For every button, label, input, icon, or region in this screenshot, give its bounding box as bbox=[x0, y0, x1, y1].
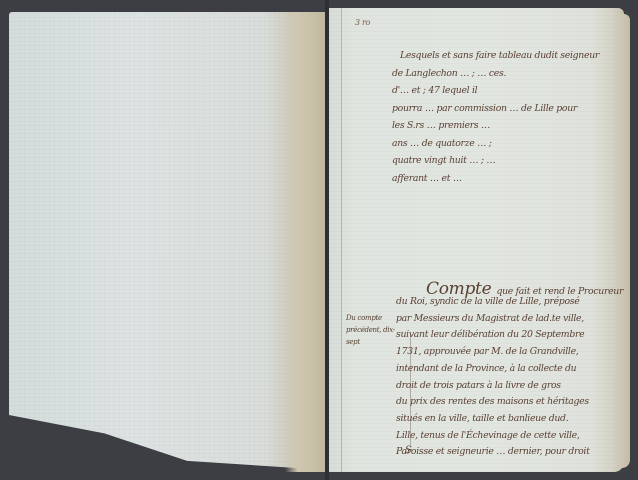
paragraph-1-line: ans … de quatorze … ; bbox=[392, 135, 599, 153]
paragraph-2-line: du Roi, syndic de la ville de Lille, pré… bbox=[396, 294, 590, 311]
paragraph-2-line: intendant de la Province, à la collecte … bbox=[396, 361, 590, 378]
folio-number: 3 ro bbox=[355, 18, 370, 27]
paragraph-2: du Roi, syndic de la ville de Lille, pré… bbox=[396, 294, 590, 461]
bottom-flourish: S bbox=[405, 445, 412, 456]
paragraph-1-line: afferant … et … bbox=[392, 170, 599, 188]
manuscript-scan: 3 ro Lesquels et sans faire tableau dudi… bbox=[0, 0, 638, 480]
paragraph-2-line: Paroisse et seigneurie … dernier, pour d… bbox=[396, 444, 590, 461]
margin-note-line: sept bbox=[346, 336, 395, 348]
paragraph-2-line: par Messieurs du Magistrat de lad.te vil… bbox=[396, 311, 590, 328]
paragraph-2-line: suivant leur délibération du 20 Septembr… bbox=[396, 327, 590, 344]
paragraph-1-line: de Langlechon … ; … ces. bbox=[392, 65, 599, 83]
paragraph-2-line: 1731, approuvée par M. de la Grandville, bbox=[396, 344, 590, 361]
margin-rule bbox=[341, 8, 342, 472]
paragraph-2-line: droit de trois patars à la livre de gros bbox=[396, 378, 590, 395]
paragraph-1-line: pourra … par commission … de Lille pour bbox=[392, 100, 599, 118]
margin-note-line: Du compte bbox=[346, 312, 395, 324]
paragraph-1-line: Lesquels et sans faire tableau dudit sei… bbox=[400, 47, 599, 65]
paragraph-2-line: situés en la ville, taille et banlieue d… bbox=[396, 411, 590, 428]
paragraph-2-line: du prix des rentes des maisons et hérita… bbox=[396, 394, 590, 411]
paragraph-1-line: d'… et ; 47 lequel il bbox=[392, 82, 599, 100]
paragraph-1-line: quatre vingt huit … ; … bbox=[392, 152, 599, 170]
paragraph-1: Lesquels et sans faire tableau dudit sei… bbox=[400, 47, 599, 187]
paragraph-1-line: les S.rs … premiers … bbox=[392, 117, 599, 135]
paragraph-2-line: Lille, tenus de l'Échevinage de cette vi… bbox=[396, 428, 590, 445]
left-page-blank bbox=[9, 12, 327, 470]
page-edge-stack bbox=[618, 14, 630, 468]
margin-note: Du compte précédent, dix- sept bbox=[346, 312, 395, 348]
left-page-gutter-fold bbox=[285, 12, 327, 472]
margin-note-line: précédent, dix- bbox=[346, 324, 395, 336]
margin-bracket bbox=[410, 335, 411, 445]
